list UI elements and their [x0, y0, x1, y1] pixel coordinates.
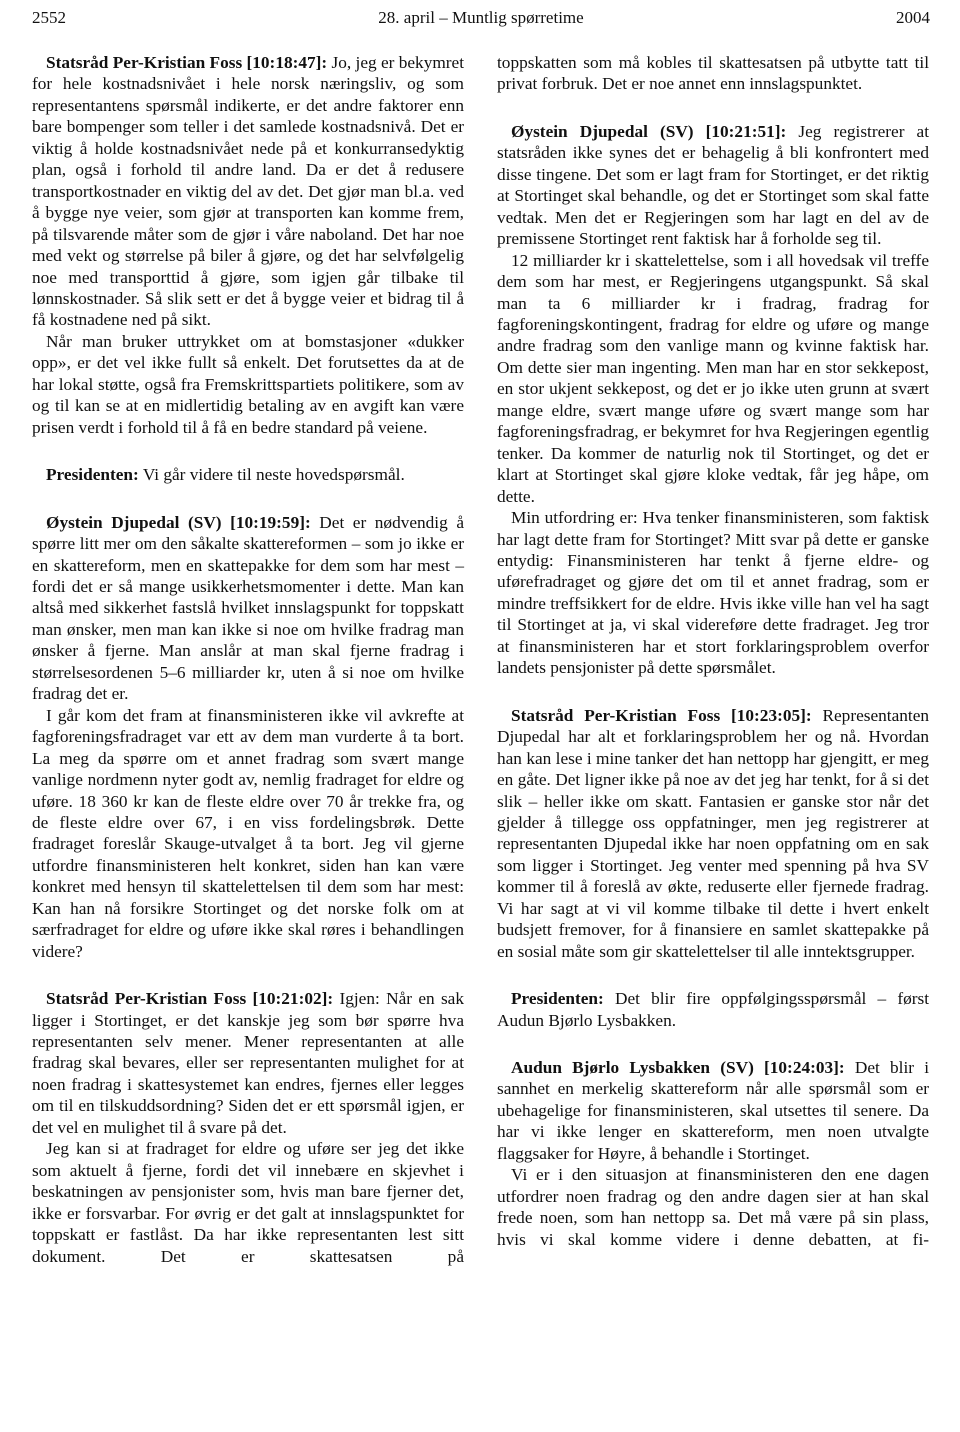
speech-text: Jo, jeg er bekymret for hele kostnadsniv…: [32, 53, 464, 329]
continuation-paragraph: toppskatten som må kobles til skattesats…: [497, 52, 929, 95]
body-paragraph: Jeg kan si at fradraget for eldre og ufø…: [32, 1138, 464, 1267]
speech-paragraph: Statsråd Per-Kristian Foss [10:18:47]: J…: [32, 52, 464, 331]
speaker-name: Presidenten:: [46, 465, 139, 484]
speech-paragraph: Øystein Djupedal (SV) [10:21:51]: Jeg re…: [497, 121, 929, 250]
speaker-name: Presidenten:: [511, 989, 604, 1008]
running-title: 28. april – Muntlig spørretime: [172, 8, 790, 28]
speech-text: Representanten Djupedal har alt et forkl…: [497, 706, 929, 961]
year-label: 2004: [790, 8, 930, 28]
left-column: Statsråd Per-Kristian Foss [10:18:47]: J…: [32, 52, 464, 1267]
body-paragraph: Når man bruker uttrykket om at bomstasjo…: [32, 331, 464, 438]
speaker-name: Øystein Djupedal (SV) [10:19:59]:: [46, 513, 311, 532]
speech-paragraph: Statsråd Per-Kristian Foss [10:21:02]: I…: [32, 988, 464, 1138]
running-header: 2552 28. april – Muntlig spørretime 2004: [32, 8, 930, 28]
page-number: 2552: [32, 8, 172, 28]
speaker-name: Statsråd Per-Kristian Foss [10:23:05]:: [511, 706, 812, 725]
speech-paragraph: Presidenten: Vi går videre til neste hov…: [32, 464, 464, 485]
speech-paragraph: Presidenten: Det blir fire oppfølgingssp…: [497, 988, 929, 1031]
body-paragraph: I går kom det fram at finansministeren i…: [32, 705, 464, 962]
document-page: 2552 28. april – Muntlig spørretime 2004…: [0, 0, 960, 1432]
body-paragraph: Vi er i den situasjon at finansministere…: [497, 1164, 929, 1250]
right-column: toppskatten som må kobles til skattesats…: [497, 52, 929, 1267]
speech-text: Igjen: Når en sak ligger i Stortinget, e…: [32, 989, 464, 1137]
speech-paragraph: Audun Bjørlo Lysbakken (SV) [10:24:03]: …: [497, 1057, 929, 1164]
speaker-name: Statsråd Per-Kristian Foss [10:18:47]:: [46, 53, 327, 72]
body-paragraph: Min utfordring er: Hva tenker finansmini…: [497, 507, 929, 679]
speech-text: Det er nødvendig å spørre litt mer om de…: [32, 513, 464, 704]
speaker-name: Audun Bjørlo Lysbakken (SV) [10:24:03]:: [511, 1058, 845, 1077]
speaker-name: Øystein Djupedal (SV) [10:21:51]:: [511, 122, 786, 141]
speech-paragraph: Øystein Djupedal (SV) [10:19:59]: Det er…: [32, 512, 464, 705]
speech-text: Vi går videre til neste hovedspørsmål.: [143, 465, 405, 484]
body-paragraph: 12 milliarder kr i skattelettelse, som i…: [497, 250, 929, 507]
page-content: Statsråd Per-Kristian Foss [10:18:47]: J…: [32, 52, 930, 1267]
speech-paragraph: Statsråd Per-Kristian Foss [10:23:05]: R…: [497, 705, 929, 962]
speaker-name: Statsråd Per-Kristian Foss [10:21:02]:: [46, 989, 333, 1008]
